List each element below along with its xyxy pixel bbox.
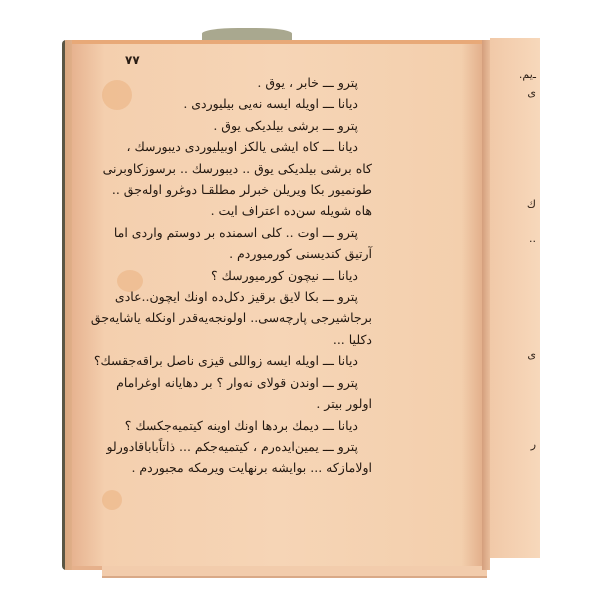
- text-line: پترو ـــ بكا لايق برقيز دكل‌ده اونك ايچو…: [112, 286, 372, 307]
- text-line: ديانا ـــ اويله ايسه نه‌يى بيليوردى .: [112, 93, 372, 114]
- text-line: پترو ـــ خابر ، يوق .: [112, 72, 372, 93]
- text-line: برجاشيرجى پارچه‌سى.. اولونجه‌يه‌قدر اونك…: [112, 307, 372, 328]
- right-page-fragment: ى: [527, 348, 536, 361]
- page-number: ٧٧: [125, 53, 140, 67]
- text-line: كاه برشى بيلديكى يوق .. ديبورسك .. برسوز…: [112, 158, 372, 179]
- page-text: پترو ـــ خابر ، يوق .ديانا ـــ اويله ايس…: [112, 72, 372, 479]
- text-line: ديانا ـــ نيچون كورميورسك ؟: [112, 265, 372, 286]
- text-line: ديانا ـــ ديمك بردها اونك اوينه كيتميه‌ج…: [112, 415, 372, 436]
- page-stack-edge: [102, 566, 487, 578]
- text-line: ديانا ـــ اويله ايسه زواللى قيزى ناصل بر…: [112, 350, 372, 371]
- text-line: اولور بيتر .: [112, 393, 372, 414]
- text-line: آرتيق كنديسنى كورميوردم .: [112, 243, 372, 264]
- text-line: طونميور بكا ويريلن خبرلر مطلقـا دوغرو او…: [112, 179, 372, 200]
- right-page-fragment: ..: [529, 232, 536, 245]
- text-line: پترو ـــ برشى بيلديكى يوق .: [112, 115, 372, 136]
- text-line: پترو ـــ اوت .. كلى اسمنده بر دوستم وارد…: [112, 222, 372, 243]
- age-stain: [102, 490, 122, 510]
- text-line: اولامازكه ... بوايشه برنهايت ويرمكه مجبو…: [112, 457, 372, 478]
- right-page-fragment: ى: [527, 86, 536, 99]
- right-page-fragment: ر: [531, 438, 536, 451]
- right-page-fragment: ـ‌يم.: [519, 68, 536, 81]
- right-page: ـ‌يم. ى ك .. ى ر: [490, 38, 540, 558]
- text-line: هاه شويله سن‌ده اعتراف ايت .: [112, 200, 372, 221]
- book-gutter: [482, 40, 490, 570]
- text-line: دكليا ...: [112, 329, 372, 350]
- right-page-fragment: ك: [527, 198, 536, 211]
- text-line: پترو ـــ يمين‌ايده‌رم ، كيتميه‌جكم ... ذ…: [112, 436, 372, 457]
- text-line: ديانا ـــ كاه ايشى يالكز اوبيليوردى ديبو…: [112, 136, 372, 157]
- text-line: پترو ـــ اوندن قولاى نه‌وار ؟ بر دهايانه…: [112, 372, 372, 393]
